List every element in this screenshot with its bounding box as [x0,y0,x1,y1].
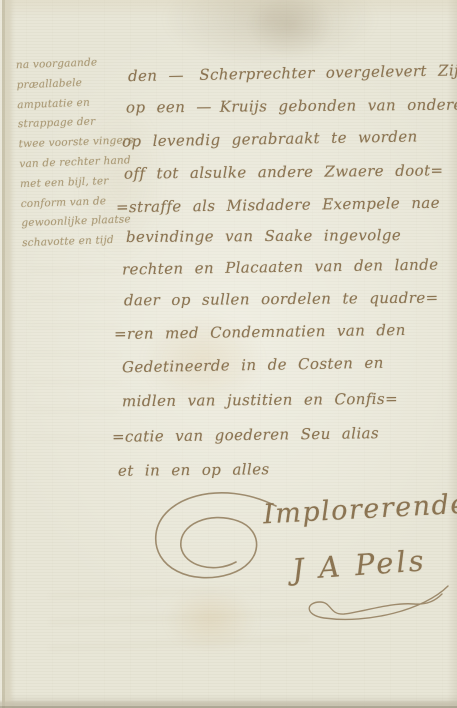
body-line: op een — Kruijs gebonden van onderen [126,95,457,116]
manuscript-page: na voorgaande præallabele amputatie en s… [0,0,457,708]
body-line: bevindinge van Saake ingevolge [126,226,401,246]
ink-showthrough [50,590,310,650]
closing-word: Implorerende [262,489,457,531]
body-line: et in en op alles [118,460,270,480]
body-line: op levendig gerabraakt te worden [122,127,418,150]
page-edge-left [0,0,13,708]
signature: J A Pels [291,543,428,586]
body-line: =ren med Condemnatien van den [114,321,406,343]
body-line: =straffe als Misdadere Exempele nae [116,194,440,217]
body-line: Gedetineerde in de Costen en [122,354,384,377]
body-line: daer op sullen oordelen te quadre= [124,289,439,310]
page-edge-bottom [0,700,457,708]
body-line: off tot alsulke andere Zwaere doot= [124,161,444,182]
body-line: rechten en Placaaten van den lande [122,256,439,279]
ink-showthrough [30,250,120,450]
body-line: =catie van goederen Seu alias [112,424,379,446]
signature-flourish [296,582,456,628]
pen-flourish-loop [150,484,278,592]
body-line: midlen van justitien en Confis= [122,390,398,410]
